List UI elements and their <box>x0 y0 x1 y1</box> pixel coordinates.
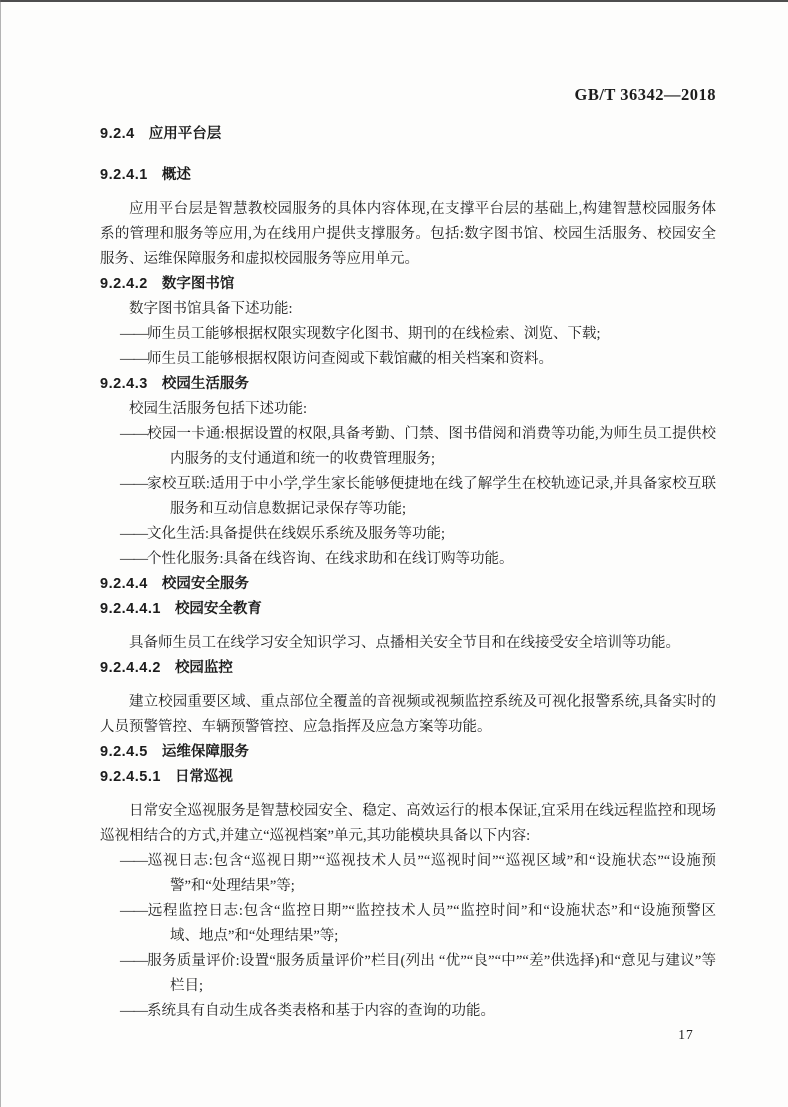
list-dash: —— <box>120 953 147 969</box>
body-paragraph: 应用平台层是智慧教校园服务的具体内容体现,在支撑平台层的基础上,构建智慧校园服务… <box>100 197 716 272</box>
list-item-text: 系统具有自动生成各类表格和基于内容的查询的功能。 <box>147 1003 495 1019</box>
clause-title: 校园生活服务 <box>162 376 249 392</box>
list-item: ——远程监控日志:包含“监控日期”“监控技术人员”“监控时间”和“设施状态”和“… <box>100 899 716 949</box>
list-item-text: 文化生活:具备提供在线娱乐系统及服务等功能; <box>147 526 445 542</box>
body-paragraph: 具备师生员工在线学习安全知识学习、点播相关安全节目和在线接受安全培训等功能。 <box>100 631 716 656</box>
list-dash: —— <box>120 853 147 869</box>
list-dash: —— <box>120 526 147 542</box>
clause-title: 日常巡视 <box>175 769 233 785</box>
list-item: ——文化生活:具备提供在线娱乐系统及服务等功能; <box>100 522 716 547</box>
clause-9-2-4-2-heading: 9.2.4.2数字图书馆 <box>100 272 716 297</box>
document-page: GB/T 36342—2018 9.2.4应用平台层 9.2.4.1概述 应用平… <box>0 0 788 1107</box>
clause-number: 9.2.4.4 <box>100 576 148 592</box>
body-paragraph: 建立校园重要区域、重点部位全覆盖的音视频或视频监控系统及可视化报警系统,具备实时… <box>100 690 716 740</box>
clause-9-2-4-5-heading: 9.2.4.5运维保障服务 <box>100 740 716 765</box>
clause-number: 9.2.4.1 <box>100 167 148 183</box>
clause-9-2-4-4-heading: 9.2.4.4校园安全服务 <box>100 572 716 597</box>
clause-title: 应用平台层 <box>149 126 222 142</box>
scan-edge-top <box>0 0 788 2</box>
list-item: ——家校互联:适用于中小学,学生家长能够便捷地在线了解学生在校轨迹记录,并具备家… <box>100 472 716 522</box>
list-dash: —— <box>120 326 147 342</box>
scan-edge-left <box>0 0 1 1107</box>
clause-9-2-4-heading: 9.2.4应用平台层 <box>100 122 716 147</box>
list-item: ——服务质量评价:设置“服务质量评价”栏目(列出 “优”“良”“中”“差”供选择… <box>100 949 716 999</box>
list-item: ——校园一卡通:根据设置的权限,具备考勤、门禁、图书借阅和消费等功能,为师生员工… <box>100 422 716 472</box>
clause-number: 9.2.4.4.2 <box>100 660 161 676</box>
clause-number: 9.2.4 <box>100 126 135 142</box>
list-item: ——系统具有自动生成各类表格和基于内容的查询的功能。 <box>100 999 716 1024</box>
list-dash: —— <box>120 351 147 367</box>
list-dash: —— <box>120 903 147 919</box>
list-item-text: 校园一卡通:根据设置的权限,具备考勤、门禁、图书借阅和消费等功能,为师生员工提供… <box>147 426 716 467</box>
list-item: ——个性化服务:具备在线咨询、在线求助和在线订购等功能。 <box>100 547 716 572</box>
list-item-text: 师生员工能够根据权限实现数字化图书、期刊的在线检索、浏览、下载; <box>147 326 601 342</box>
clause-number: 9.2.4.2 <box>100 276 148 292</box>
clause-title: 校园安全服务 <box>162 576 249 592</box>
list-dash: —— <box>120 426 147 442</box>
clause-title: 运维保障服务 <box>162 744 249 760</box>
body-paragraph: 日常安全巡视服务是智慧校园安全、稳定、高效运行的根本保证,宜采用在线远程监控和现… <box>100 799 716 849</box>
clause-9-2-4-3-heading: 9.2.4.3校园生活服务 <box>100 372 716 397</box>
dash-list: ——师生员工能够根据权限实现数字化图书、期刊的在线检索、浏览、下载; ——师生员… <box>100 322 716 372</box>
page-number: 17 <box>672 1022 700 1047</box>
list-item: ——师生员工能够根据权限访问查阅或下载馆藏的相关档案和资料。 <box>100 347 716 372</box>
clause-title: 校园安全教育 <box>175 601 262 617</box>
clause-number: 9.2.4.5.1 <box>100 769 161 785</box>
list-item-text: 服务质量评价:设置“服务质量评价”栏目(列出 “优”“良”“中”“差”供选择)和… <box>147 953 716 994</box>
dash-list: ——巡视日志:包含“巡视日期”“巡视技术人员”“巡视时间”“巡视区域”和“设施状… <box>100 849 716 1024</box>
list-item-text: 个性化服务:具备在线咨询、在线求助和在线订购等功能。 <box>147 551 514 567</box>
list-dash: —— <box>120 1003 147 1019</box>
clause-title: 校园监控 <box>175 660 233 676</box>
clause-9-2-4-5-1-heading: 9.2.4.5.1日常巡视 <box>100 765 716 790</box>
clause-title: 概述 <box>162 167 191 183</box>
list-item-text: 远程监控日志:包含“监控日期”“监控技术人员”“监控时间”和“设施状态”和“设施… <box>147 903 716 944</box>
clause-number: 9.2.4.4.1 <box>100 601 161 617</box>
standard-code: GB/T 36342—2018 <box>100 84 716 105</box>
clause-9-2-4-4-1-heading: 9.2.4.4.1校园安全教育 <box>100 597 716 622</box>
list-intro: 校园生活服务包括下述功能: <box>100 397 716 422</box>
clause-9-2-4-4-2-heading: 9.2.4.4.2校园监控 <box>100 656 716 681</box>
document-body: 9.2.4应用平台层 9.2.4.1概述 应用平台层是智慧教校园服务的具体内容体… <box>100 122 716 1024</box>
list-item-text: 师生员工能够根据权限访问查阅或下载馆藏的相关档案和资料。 <box>147 351 553 367</box>
list-item-text: 家校互联:适用于中小学,学生家长能够便捷地在线了解学生在校轨迹记录,并具备家校互… <box>147 476 716 517</box>
list-intro: 数字图书馆具备下述功能: <box>100 297 716 322</box>
list-item: ——巡视日志:包含“巡视日期”“巡视技术人员”“巡视时间”“巡视区域”和“设施状… <box>100 849 716 899</box>
clause-number: 9.2.4.3 <box>100 376 148 392</box>
list-dash: —— <box>120 551 147 567</box>
list-item: ——师生员工能够根据权限实现数字化图书、期刊的在线检索、浏览、下载; <box>100 322 716 347</box>
clause-title: 数字图书馆 <box>162 276 235 292</box>
clause-9-2-4-1-heading: 9.2.4.1概述 <box>100 163 716 188</box>
list-dash: —— <box>120 476 147 492</box>
list-item-text: 巡视日志:包含“巡视日期”“巡视技术人员”“巡视时间”“巡视区域”和“设施状态”… <box>147 853 716 894</box>
dash-list: ——校园一卡通:根据设置的权限,具备考勤、门禁、图书借阅和消费等功能,为师生员工… <box>100 422 716 572</box>
clause-number: 9.2.4.5 <box>100 744 148 760</box>
